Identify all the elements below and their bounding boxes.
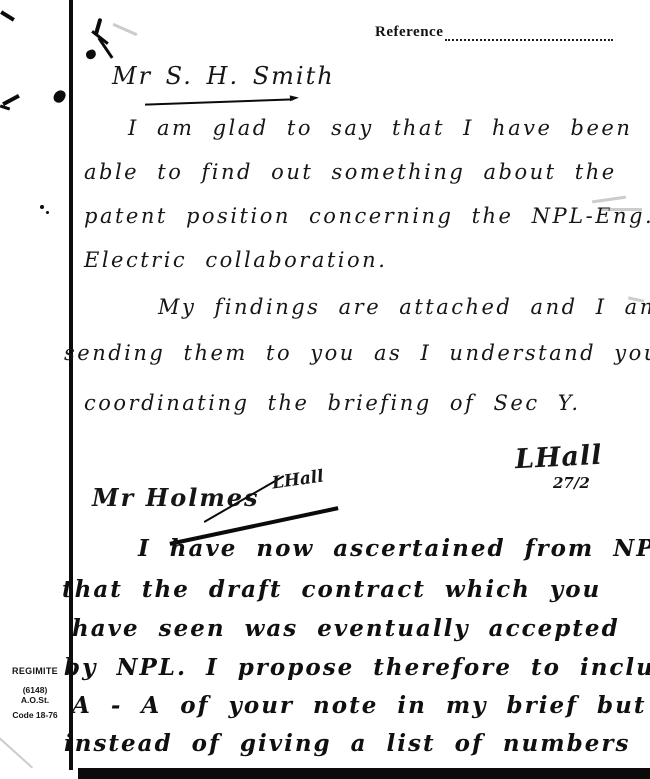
margin-tick-mark (0, 10, 15, 21)
ink-dot (40, 205, 44, 209)
memo1-line: Electric collaboration. (84, 250, 387, 271)
stamp-code: Code 18-76 (2, 710, 68, 720)
memo1-line: coordinating the briefing of Sec Y. (84, 393, 581, 414)
memo1-line: sending them to you as I understand you … (64, 343, 650, 364)
memo2-line: I have now ascertained from NPL (138, 537, 650, 560)
scan-edge-line (0, 738, 33, 769)
reference-row: Reference (375, 24, 613, 41)
ink-smudge (113, 23, 138, 36)
stamp-office: A.O.St. (2, 695, 68, 705)
memo2-countersign-initials: LHall (271, 468, 325, 492)
memo2-line: have seen was eventually accepted (72, 617, 620, 640)
ink-dot (46, 211, 49, 214)
salutation-underline-arrowhead (290, 95, 299, 102)
memo1-line: My findings are attached and I am (158, 297, 650, 318)
memo1-salutation: Mr S. H. Smith (112, 64, 335, 88)
memo1-line: I am glad to say that I have been (128, 118, 632, 139)
scan-smudge (592, 196, 626, 204)
margin-tick-mark (0, 105, 10, 111)
memo1-line: able to find out something about the (84, 162, 617, 183)
scanned-memo-page: Reference Mr S. H. Smith I am glad to sa… (0, 0, 650, 779)
memo2-line: that the draft contract which you (62, 578, 601, 601)
stamp-number: (6148) (2, 685, 68, 695)
bottom-scan-band (78, 768, 650, 779)
memo1-signature: LHall (514, 442, 603, 474)
form-code-stamp: REGIMITE (6148) A.O.St. Code 18-76 (2, 666, 68, 720)
scan-smudge (602, 208, 642, 211)
ink-smudge (85, 49, 97, 61)
margin-tick-mark (2, 94, 20, 106)
reference-label: Reference (375, 24, 443, 41)
memo1-signature-date: 27/2 (553, 476, 590, 491)
stamp-name: REGIMITE (2, 666, 68, 676)
reference-dotted-line (445, 27, 613, 41)
memo2-salutation: Mr Holmes (92, 486, 260, 510)
memo1-line: patent position concerning the NPL-Eng. (84, 206, 650, 227)
ink-blob (52, 88, 67, 104)
salutation-underline (145, 98, 293, 105)
memo2-line: A - A of your note in my brief but (72, 694, 646, 717)
memo2-line: instead of giving a list of numbers (64, 732, 630, 755)
memo2-line: by NPL. I propose therefore to include (64, 656, 650, 679)
